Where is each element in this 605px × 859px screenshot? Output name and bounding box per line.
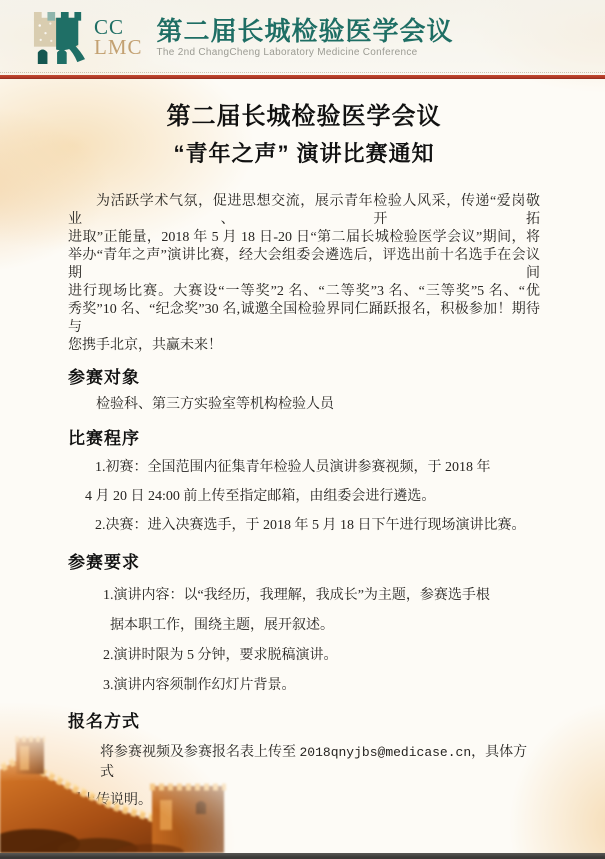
conference-title: 第二届长城检验医学会议 [157, 17, 454, 45]
great-wall-tower-icon [30, 12, 88, 64]
notice-page: CC LMC 第二届长城检验医学会议 The 2nd ChangCheng La… [0, 0, 605, 859]
procedure-item-1: 1.初赛：全国范围内征集青年检验人员演讲参赛视频，于 2018 年 [95, 458, 540, 478]
header-dotted-divider [0, 72, 605, 73]
header-titles: 第二届长城检验医学会议 The 2nd ChangCheng Laborator… [157, 17, 454, 58]
intro-line: 举办“青年之声”演讲比赛，经大会组委会遴选后，评选出前十名选手在会议期间 [68, 247, 540, 283]
requirement-item-1-continued: 据本职工作，围绕主题，展开叙述。 [110, 616, 540, 636]
section-heading-requirements: 参赛要求 [68, 552, 540, 574]
bottom-window-edge [0, 853, 605, 859]
intro-line: 您携手北京，共赢未来！ [68, 337, 540, 355]
procedure-item-1-continued: 4 月 20 日 24:00 前上传至指定邮箱，由组委会进行遴选。 [85, 487, 540, 507]
document-title-line2: “青年之声” 演讲比赛通知 [68, 139, 540, 169]
intro-line: 进取”正能量，2018 年 5 月 18 日-20 日“第二届长城检验医学会议”… [68, 229, 540, 247]
notice-body: 第二届长城检验医学会议 “青年之声” 演讲比赛通知 为活跃学术气氛，促进思想交流… [0, 79, 605, 811]
logo-lmc: LMC [94, 38, 143, 58]
requirement-item-3: 3.演讲内容须制作幻灯片背景。 [103, 676, 540, 696]
participants-body: 检验科、第三方实验室等机构检验人员 [96, 395, 540, 415]
section-heading-participants: 参赛对象 [68, 367, 540, 389]
intro-line: 为活跃学术气氛，促进思想交流，展示青年检验人风采，传递“爱岗敬业、开拓 [68, 193, 540, 229]
section-heading-procedure: 比赛程序 [68, 428, 540, 450]
logo-text: CC LMC [94, 18, 143, 58]
conference-header: CC LMC 第二届长城检验医学会议 The 2nd ChangCheng La… [0, 0, 605, 75]
document-title-line1: 第二届长城检验医学会议 [68, 101, 540, 133]
conference-logo: CC LMC [30, 12, 143, 64]
intro-line: 进行现场比赛。大赛设“一等奖”2 名、“二等奖”3 名、“三等奖”5 名、“优 [68, 283, 540, 301]
requirement-item-2: 2.演讲时限为 5 分钟，要求脱稿演讲。 [103, 646, 540, 666]
conference-subtitle: The 2nd ChangCheng Laboratory Medicine C… [157, 47, 454, 58]
intro-paragraph: 为活跃学术气氛，促进思想交流，展示青年检验人风采，传递“爱岗敬业、开拓 进取”正… [68, 193, 540, 355]
great-wall-photo [0, 728, 350, 853]
procedure-item-2: 2.决赛：进入决赛选手，于 2018 年 5 月 18 日下午进行现场演讲比赛。 [95, 516, 540, 536]
requirement-item-1: 1.演讲内容：以“我经历，我理解，我成长”为主题，参赛选手根 [103, 586, 540, 606]
intro-line: 秀奖”10 名、“纪念奖”30 名,诚邀全国检验界同仁踊跃报名，积极参加！期待与 [68, 301, 540, 337]
